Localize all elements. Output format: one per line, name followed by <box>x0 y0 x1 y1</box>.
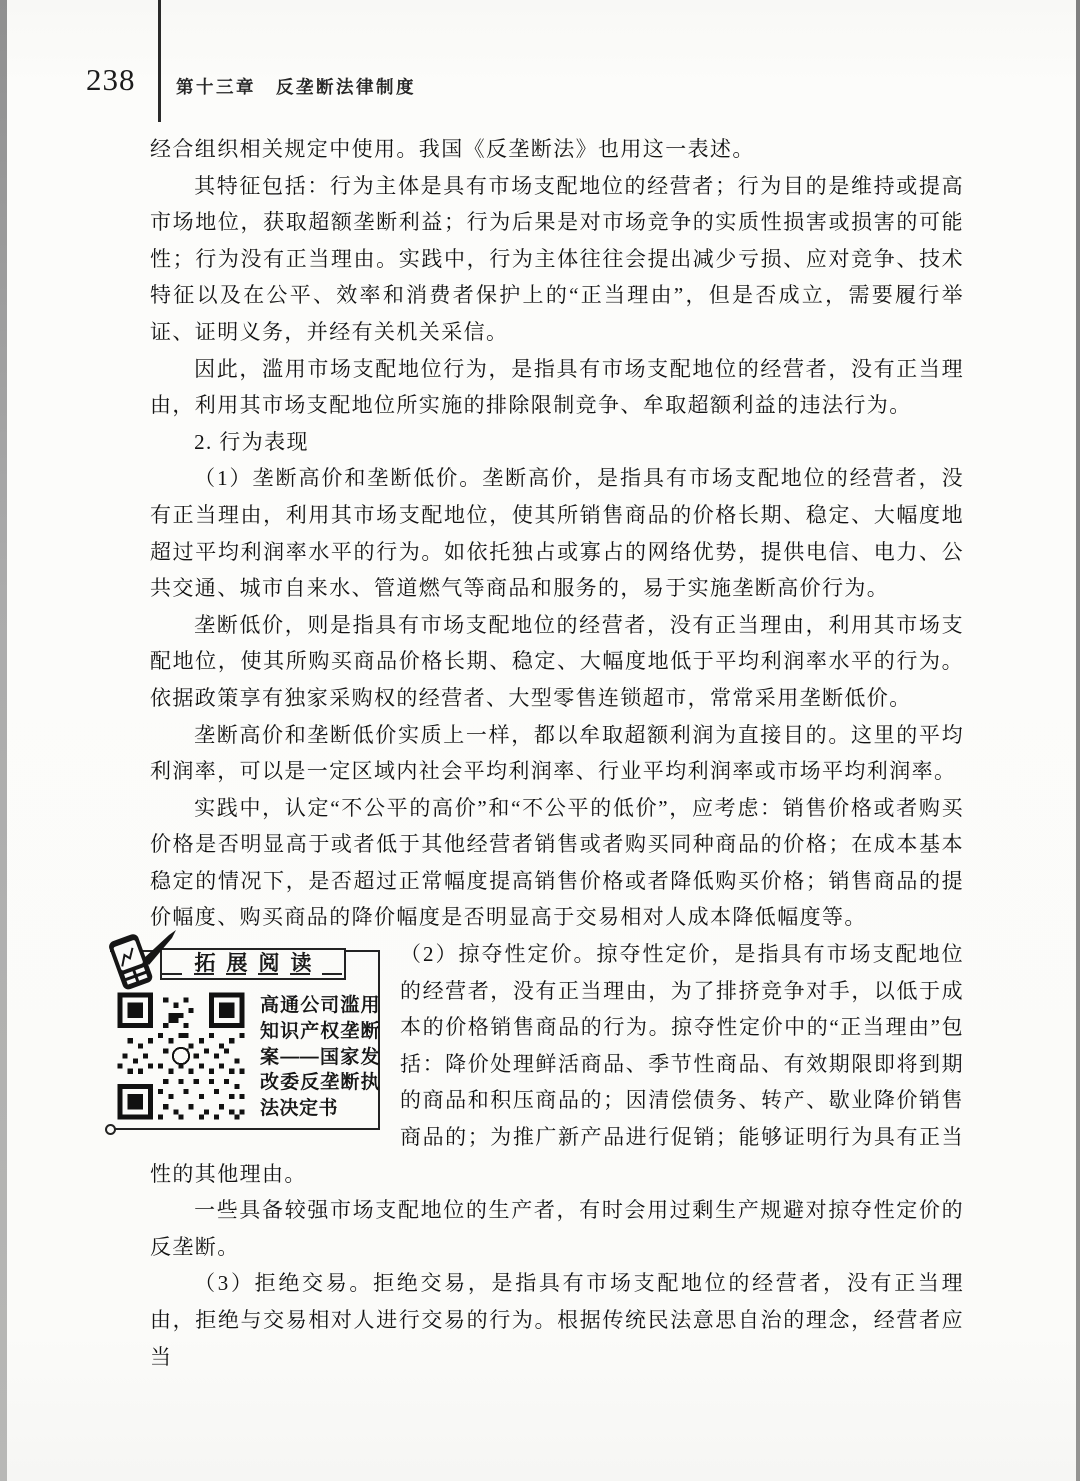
paragraph: 垄断低价，则是指具有市场支配地位的经营者，没有正当理由，利用其市场支配地位，使其… <box>150 607 964 717</box>
paragraph: 一些具备较强市场支配地位的生产者，有时会用过剩生产规避对掠夺性定价的反垄断。 <box>150 1192 964 1265</box>
paragraph: （1）垄断高价和垄断低价。垄断高价，是指具有市场支配地位的经营者，没有正当理由，… <box>150 460 964 606</box>
paragraph: 其特征包括：行为主体是具有市场支配地位的经营者；行为目的是维持或提高市场地位，获… <box>150 168 964 351</box>
expand-reading-title: 拓展阅读 <box>160 948 346 980</box>
phone-stylus-icon <box>98 930 180 994</box>
paragraph: 实践中，认定“不公平的高价”和“不公平的低价”，应考虑：销售价格或者购买价格是否… <box>150 790 964 936</box>
qr-code <box>112 990 250 1122</box>
paragraph: 垄断高价和垄断低价实质上一样，都以牟取超额利润为直接目的。这里的平均利润率，可以… <box>150 717 964 790</box>
paragraph: 因此，滥用市场支配地位行为，是指具有市场支配地位的经营者，没有正当理由，利用其市… <box>150 351 964 424</box>
scanned-book-page: 238 第十三章 反垄断法律制度 经合组织相关规定中使用。我国《反垄断法》也用这… <box>0 0 1080 1481</box>
chapter-title: 第十三章 反垄断法律制度 <box>176 74 416 99</box>
body-text: 经合组织相关规定中使用。我国《反垄断法》也用这一表述。 其特征包括：行为主体是具… <box>150 131 964 1375</box>
expand-reading-box: 拓展阅读 高通公司滥用知识产权垄断案——国家发改委反垄断执法决定书 <box>110 950 380 1130</box>
section-heading: 2. 行为表现 <box>150 424 964 461</box>
paragraph: 经合组织相关规定中使用。我国《反垄断法》也用这一表述。 <box>150 131 964 168</box>
chapter-divider <box>158 0 161 122</box>
paragraph: （3）拒绝交易。拒绝交易，是指具有市场支配地位的经营者，没有正当理由，拒绝与交易… <box>150 1265 964 1375</box>
page-edge-right <box>1076 0 1080 1481</box>
border-terminal-dot <box>105 1124 116 1135</box>
page-edge-left <box>0 0 7 1481</box>
sidebar-caption: 高通公司滥用知识产权垄断案——国家发改委反垄断执法决定书 <box>260 993 380 1122</box>
page-number: 238 <box>86 62 136 98</box>
